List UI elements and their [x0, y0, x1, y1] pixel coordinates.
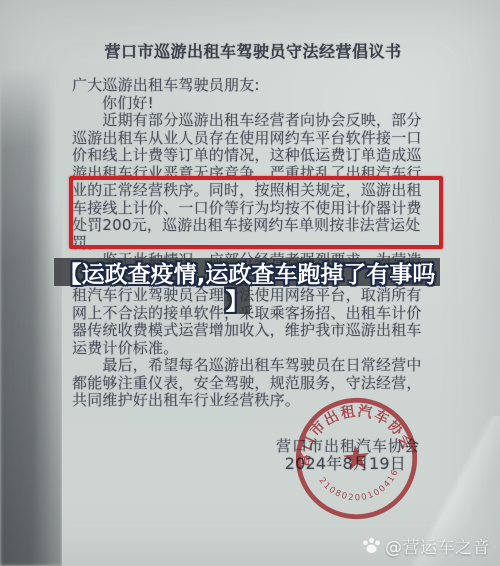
photo-edge-shadow: [0, 0, 62, 566]
letter-title: 营口市巡游出租车驾驶员守法经营倡议书: [72, 40, 434, 64]
letter-line: 网上不合法的接单软件，采取乘客扬招、出租车计价: [72, 305, 434, 323]
caption-line-2: 】: [224, 285, 250, 314]
letter-line: 运费计价标准。: [72, 340, 434, 358]
five-pointed-star-icon: [342, 443, 371, 470]
caption-line-1: 【运政查疫情,运政查车跑掉了有事吗: [54, 258, 440, 286]
letter-line: 器传统收费模式运营增加收入，维护我市巡游出租车: [72, 322, 434, 340]
letter-line: 价和线上计费等订单的情况，这种低运费订单造成巡: [72, 147, 434, 165]
letter-line: 最后，希望每名巡游出租车驾驶员在日常经营中: [72, 357, 434, 375]
red-highlight-box: [69, 176, 443, 249]
document-photo: 营口市巡游出租车驾驶员守法经营倡议书 广大巡游出租车驾驶员朋友: 你们好! 近期…: [0, 0, 500, 566]
letter-salutation: 广大巡游出租车驾驶员朋友:: [72, 77, 434, 95]
letter-line: 近期有部分巡游出租车经营者向协会反映，部分: [72, 112, 434, 130]
letter-greeting: 你们好!: [72, 95, 434, 113]
paw-icon: [362, 536, 381, 555]
watermark-handle: @营运车之音: [385, 533, 490, 558]
letter-line: 巡游出租车从业人员存在使用网约车平台软件接一口: [72, 130, 434, 148]
letter-line: 都能够注重仪表，安全驾驶，规范服务，守法经营，: [72, 375, 434, 393]
letter-line: 租汽车行业驾驶员合理合法使用网络平台，取消所有: [72, 287, 434, 305]
channel-watermark: @营运车之音: [362, 533, 490, 558]
